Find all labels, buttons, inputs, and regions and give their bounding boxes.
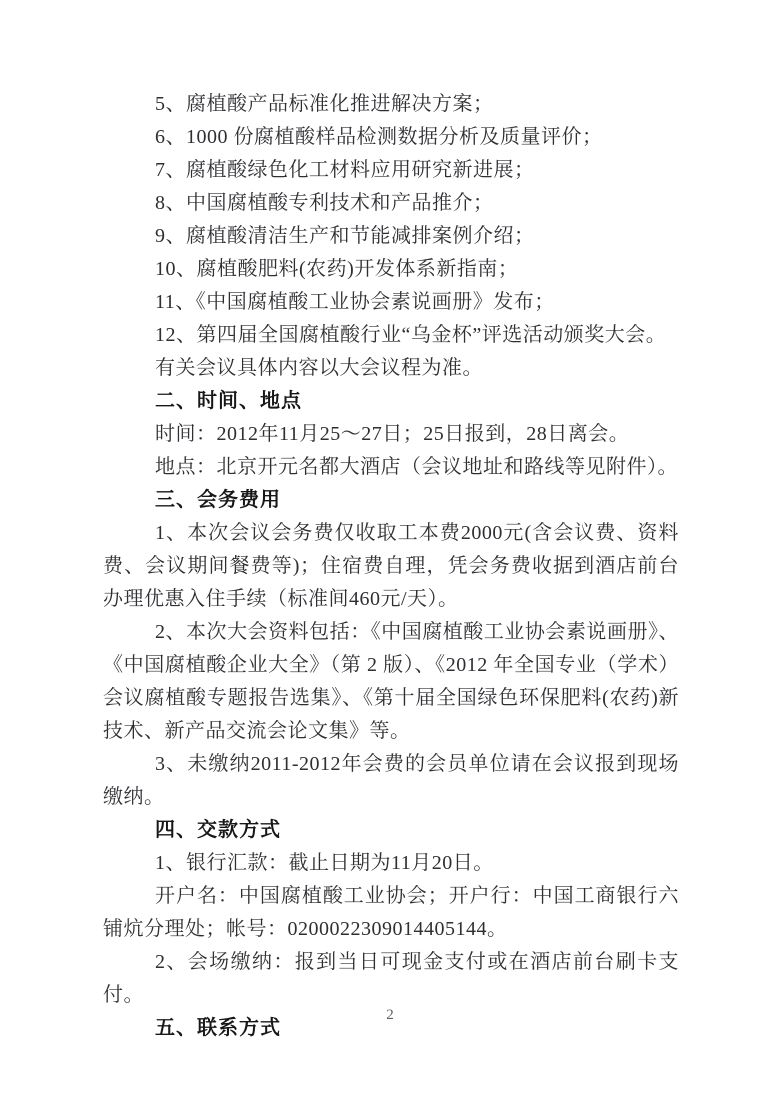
- paragraph: 3、未缴纳2011-2012年会费的会员单位请在会议报到现场缴纳。: [103, 748, 679, 814]
- document-body: 5、腐植酸产品标准化推进解决方案；6、1000 份腐植酸样品检测数据分析及质量评…: [103, 88, 679, 1045]
- document-page: 5、腐植酸产品标准化推进解决方案；6、1000 份腐植酸样品检测数据分析及质量评…: [0, 0, 780, 1103]
- paragraph: 开户名：中国腐植酸工业协会；开户行：中国工商银行六铺炕分理处；帐号：020002…: [103, 880, 679, 946]
- paragraph: 5、腐植酸产品标准化推进解决方案；: [103, 88, 679, 121]
- paragraph: 地点：北京开元名都大酒店（会议地址和路线等见附件）。: [103, 451, 679, 484]
- paragraph: 时间：2012年11月25～27日；25日报到，28日离会。: [103, 418, 679, 451]
- paragraph: 7、腐植酸绿色化工材料应用研究新进展；: [103, 154, 679, 187]
- page-number: 2: [0, 1005, 780, 1025]
- section-heading: 四、交款方式: [103, 814, 679, 847]
- section-heading: 二、时间、地点: [103, 385, 679, 418]
- paragraph: 1、银行汇款：截止日期为11月20日。: [103, 847, 679, 880]
- paragraph: 8、中国腐植酸专利技术和产品推介；: [103, 187, 679, 220]
- paragraph: 9、腐植酸清洁生产和节能减排案例介绍；: [103, 220, 679, 253]
- section-heading: 三、会务费用: [103, 484, 679, 517]
- paragraph: 2、会场缴纳：报到当日可现金支付或在酒店前台刷卡支付。: [103, 946, 679, 1012]
- paragraph: 6、1000 份腐植酸样品检测数据分析及质量评价；: [103, 121, 679, 154]
- paragraph: 2、本次大会资料包括：《中国腐植酸工业协会素说画册》、《中国腐植酸企业大全》（第…: [103, 616, 679, 748]
- paragraph: 10、腐植酸肥料(农药)开发体系新指南；: [103, 253, 679, 286]
- paragraph: 有关会议具体内容以大会议程为准。: [103, 352, 679, 385]
- paragraph: 12、第四届全国腐植酸行业“乌金杯”评选活动颁奖大会。: [103, 319, 679, 352]
- paragraph: 11、《中国腐植酸工业协会素说画册》发布；: [103, 286, 679, 319]
- paragraph: 1、本次会议会务费仅收取工本费2000元(含会议费、资料费、会议期间餐费等)；住…: [103, 517, 679, 616]
